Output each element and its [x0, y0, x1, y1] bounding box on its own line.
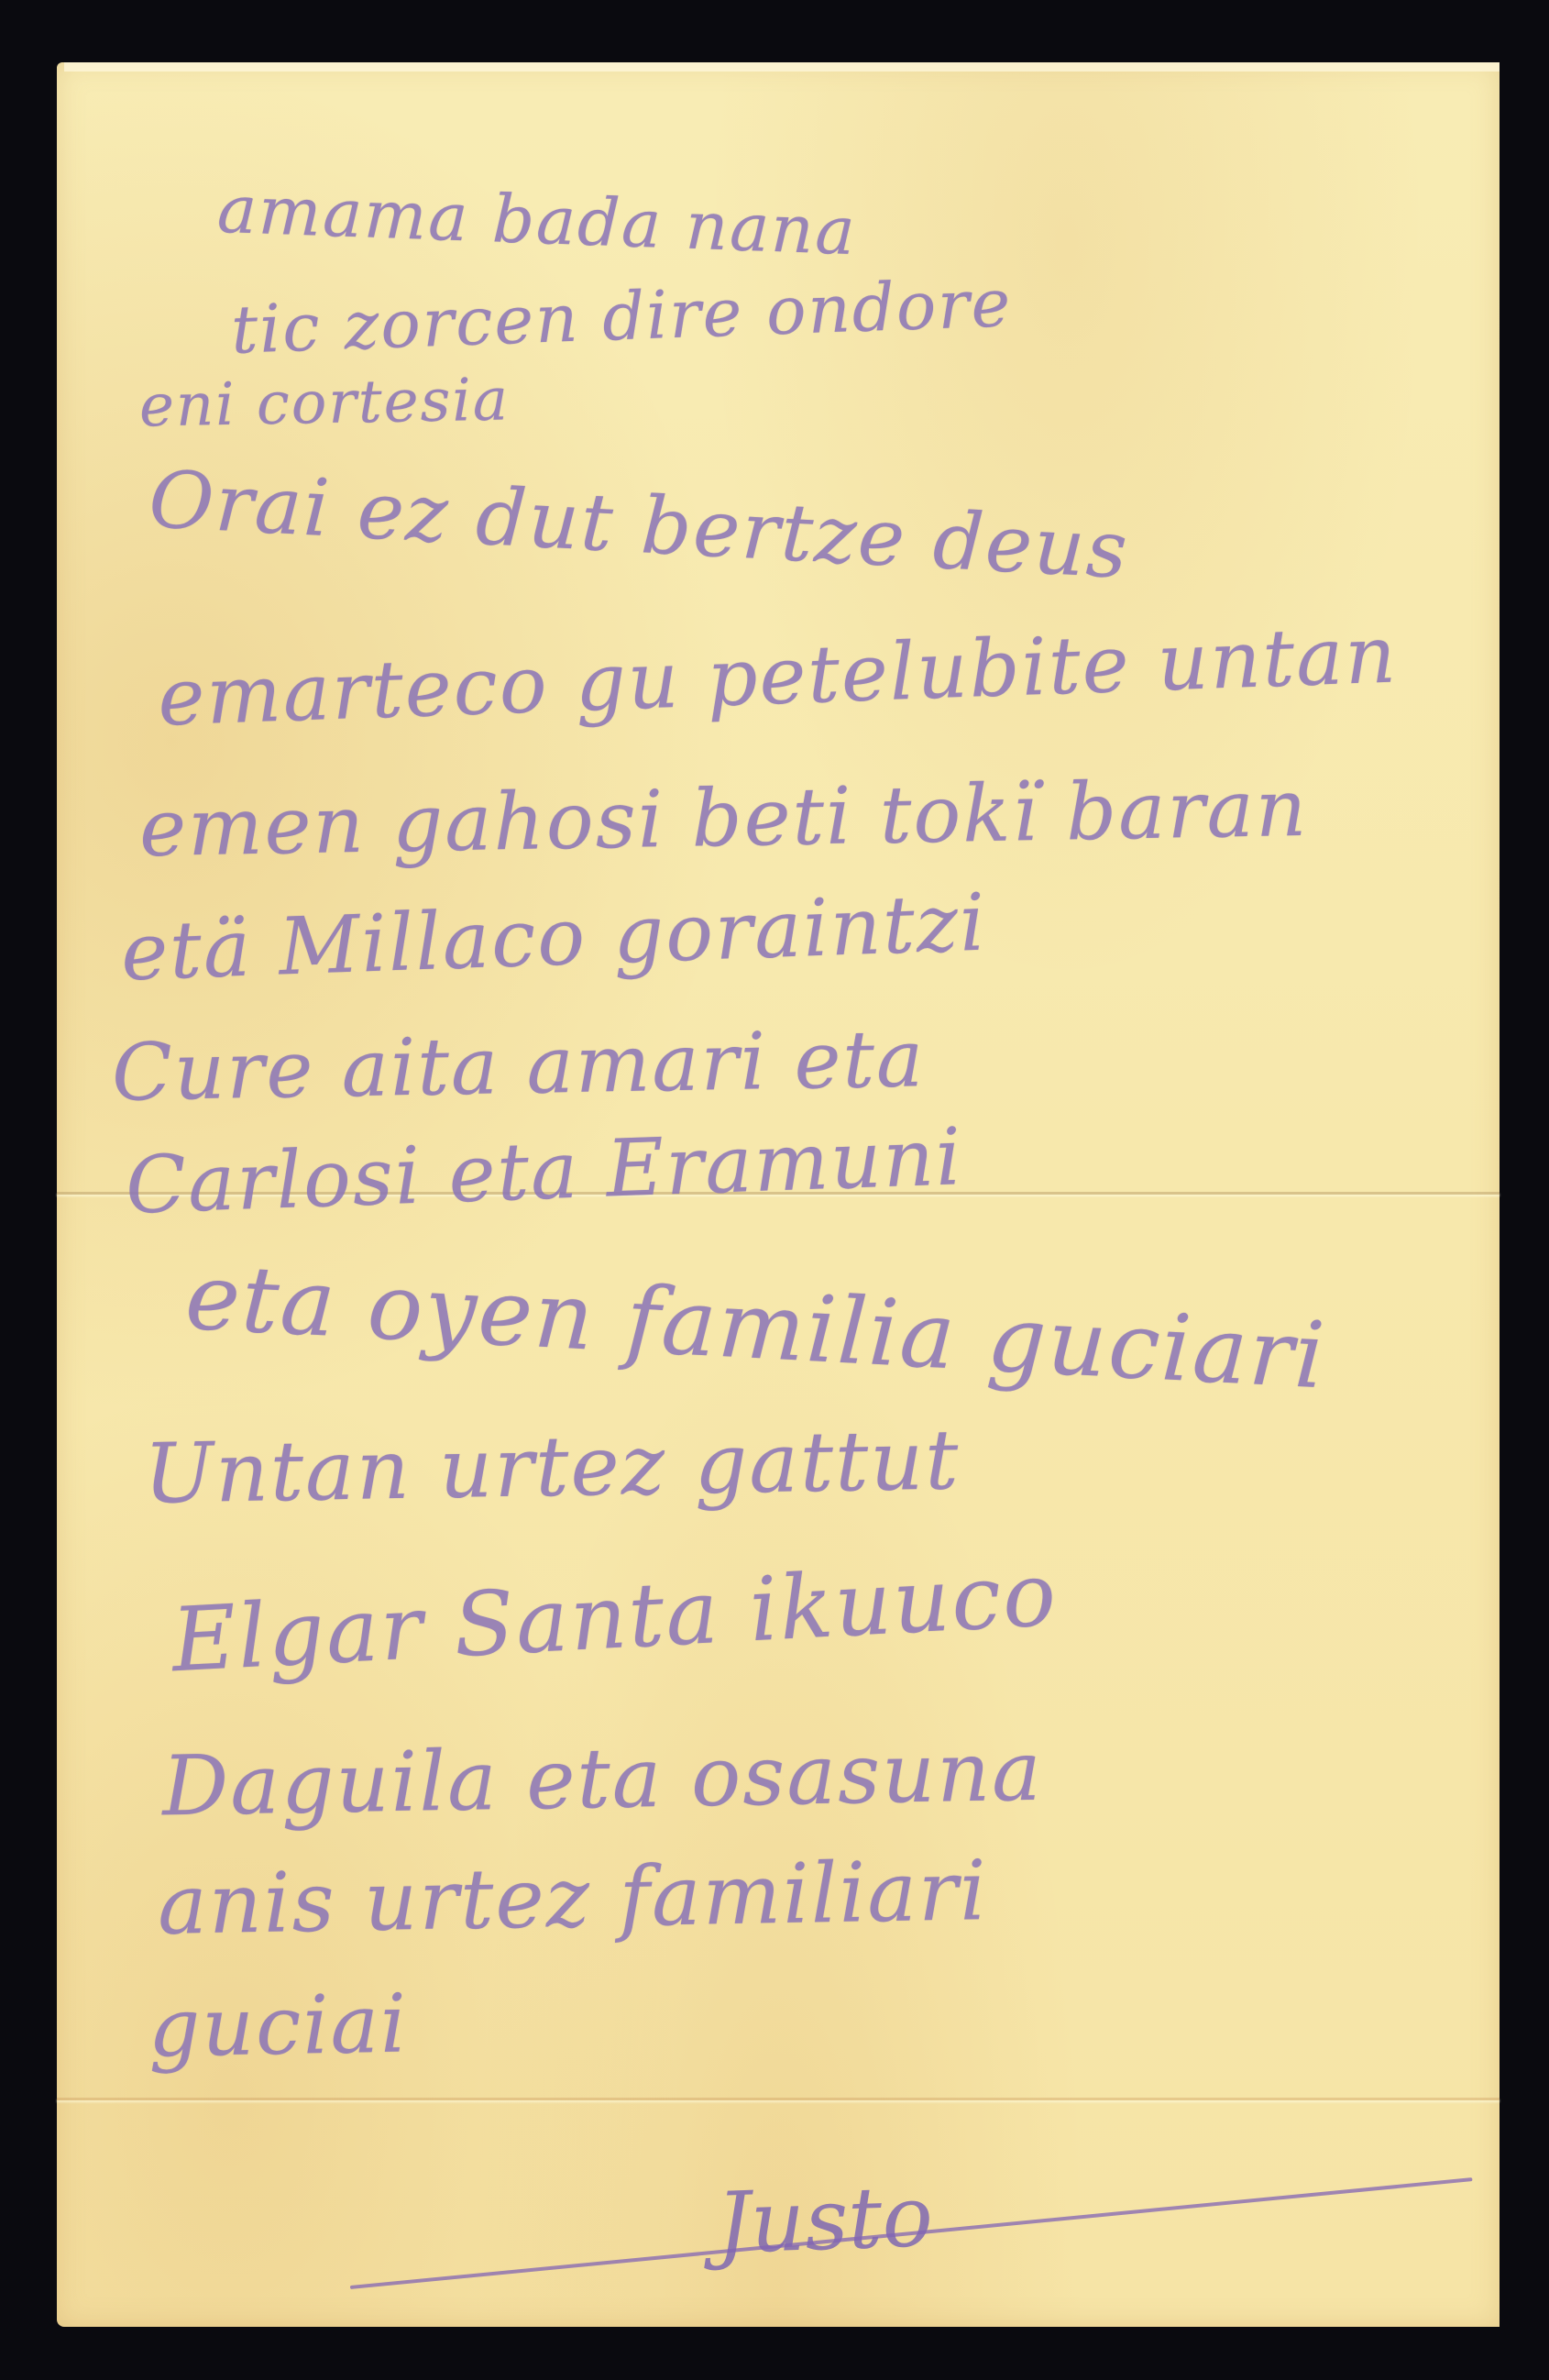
letter-line: emarteco gu petelubite untan	[157, 609, 1400, 744]
letter-line: guciai	[148, 1977, 409, 2076]
letter-line: anis urtez familiari	[157, 1843, 988, 1954]
letter-line: Cure aita amari eta	[111, 1013, 926, 1118]
letter-line: amama bada nana	[216, 171, 858, 270]
letter-line: eni cortesia	[138, 366, 510, 440]
letter-line: emen gahosi beti tokï baran	[138, 763, 1309, 875]
letter-line: Elgar Santa ikuuco	[170, 1543, 1060, 1691]
letter-line: tic zorcen dire ondore	[230, 264, 1014, 369]
letter-paper: amama bada nana tic zorcen dire ondore e…	[57, 62, 1500, 2327]
letter-line: eta oyen familia guciari	[183, 1242, 1329, 1409]
letter-line: Orai ez dut bertze deus	[147, 454, 1131, 597]
signature: Justo	[715, 2167, 934, 2273]
letter-body: amama bada nana tic zorcen dire ondore e…	[57, 62, 1500, 2327]
letter-line: Untan urtez gattut	[143, 1412, 961, 1523]
letter-line: etä Millaco goraintzi	[120, 877, 989, 999]
letter-line: Daguila eta osasuna	[161, 1724, 1043, 1835]
scan-background: amama bada nana tic zorcen dire ondore e…	[0, 0, 1549, 2380]
letter-line: Carlosi eta Eramuni	[125, 1111, 964, 1232]
